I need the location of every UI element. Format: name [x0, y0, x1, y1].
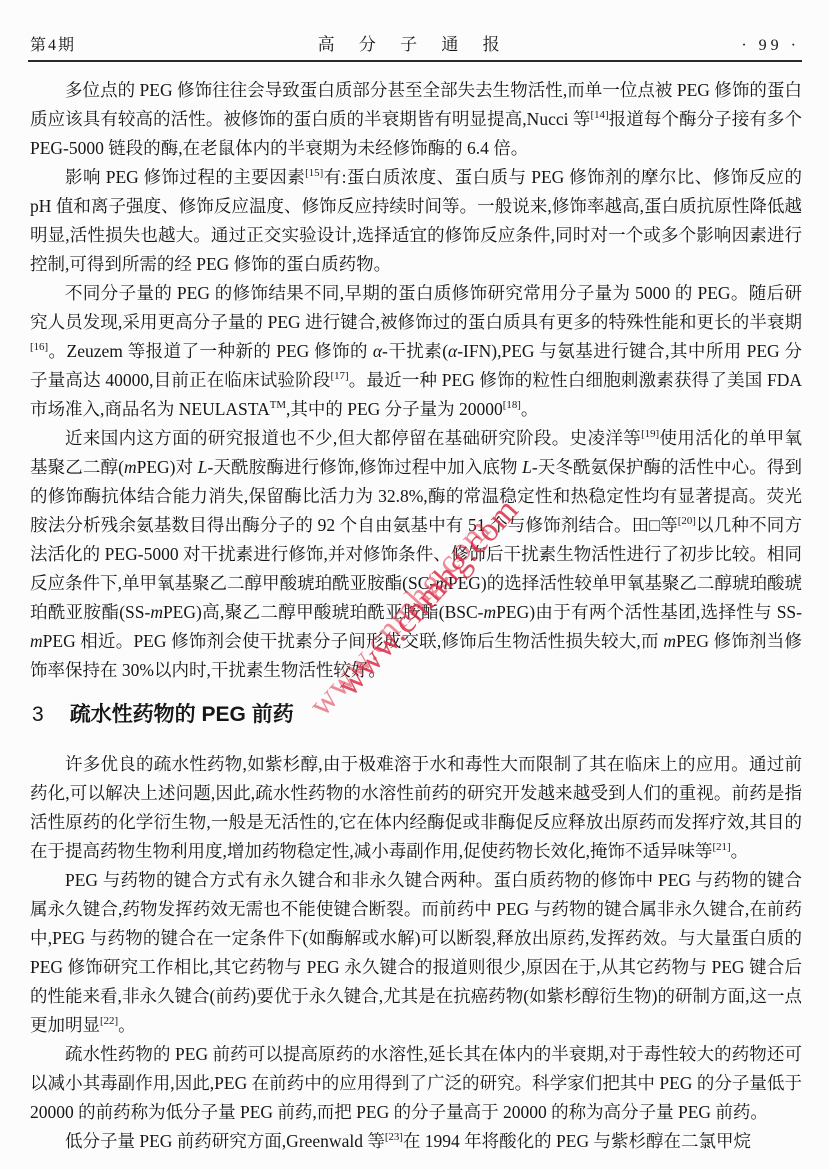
paragraph-7: 疏水性药物的 PEG 前药可以提高原药的水溶性,延长其在体内的半衰期,对于毒性较…	[30, 1040, 802, 1127]
journal-page: 第4期 高 分 子 通 报 · 99 · 多位点的 PEG 修饰往往会导致蛋白质…	[0, 0, 830, 1169]
header-rule	[28, 60, 802, 62]
paragraph-3: 不同分子量的 PEG 的修饰结果不同,早期的蛋白质修饰研究常用分子量为 5000…	[30, 279, 802, 424]
journal-title: 高 分 子 通 报	[318, 30, 500, 55]
page-number: · 99 ·	[741, 37, 800, 55]
paragraph-1: 多位点的 PEG 修饰往往会导致蛋白质部分甚至全部失去生物活性,而单一位点被 P…	[30, 76, 802, 163]
section-number: 3	[32, 700, 44, 730]
paragraph-4: 近来国内这方面的研究报道也不少,但大都停留在基础研究阶段。史凌洋等[19]使用活…	[30, 424, 802, 685]
paragraph-5: 许多优良的疏水性药物,如紫杉醇,由于极难溶于水和毒性大而限制了其在临床上的应用。…	[30, 750, 802, 866]
section-title: 疏水性药物的 PEG 前药	[70, 700, 294, 730]
paragraph-8: 低分子量 PEG 前药研究方面,Greenwald 等[23]在 1994 年将…	[30, 1127, 802, 1156]
section-heading: 3 疏水性药物的 PEG 前药	[32, 700, 802, 730]
article-body: 多位点的 PEG 修饰往往会导致蛋白质部分甚至全部失去生物活性,而单一位点被 P…	[30, 76, 802, 1156]
paragraph-6: PEG 与药物的键合方式有永久键合和非永久键合两种。蛋白质药物的修饰中 PEG …	[30, 866, 802, 1040]
paragraph-2: 影响 PEG 修饰过程的主要因素[15]有:蛋白质浓度、蛋白质与 PEG 修饰剂…	[30, 163, 802, 279]
page-header: 第4期 高 分 子 通 报 · 99 ·	[30, 30, 800, 55]
issue-label: 第4期	[30, 32, 76, 55]
